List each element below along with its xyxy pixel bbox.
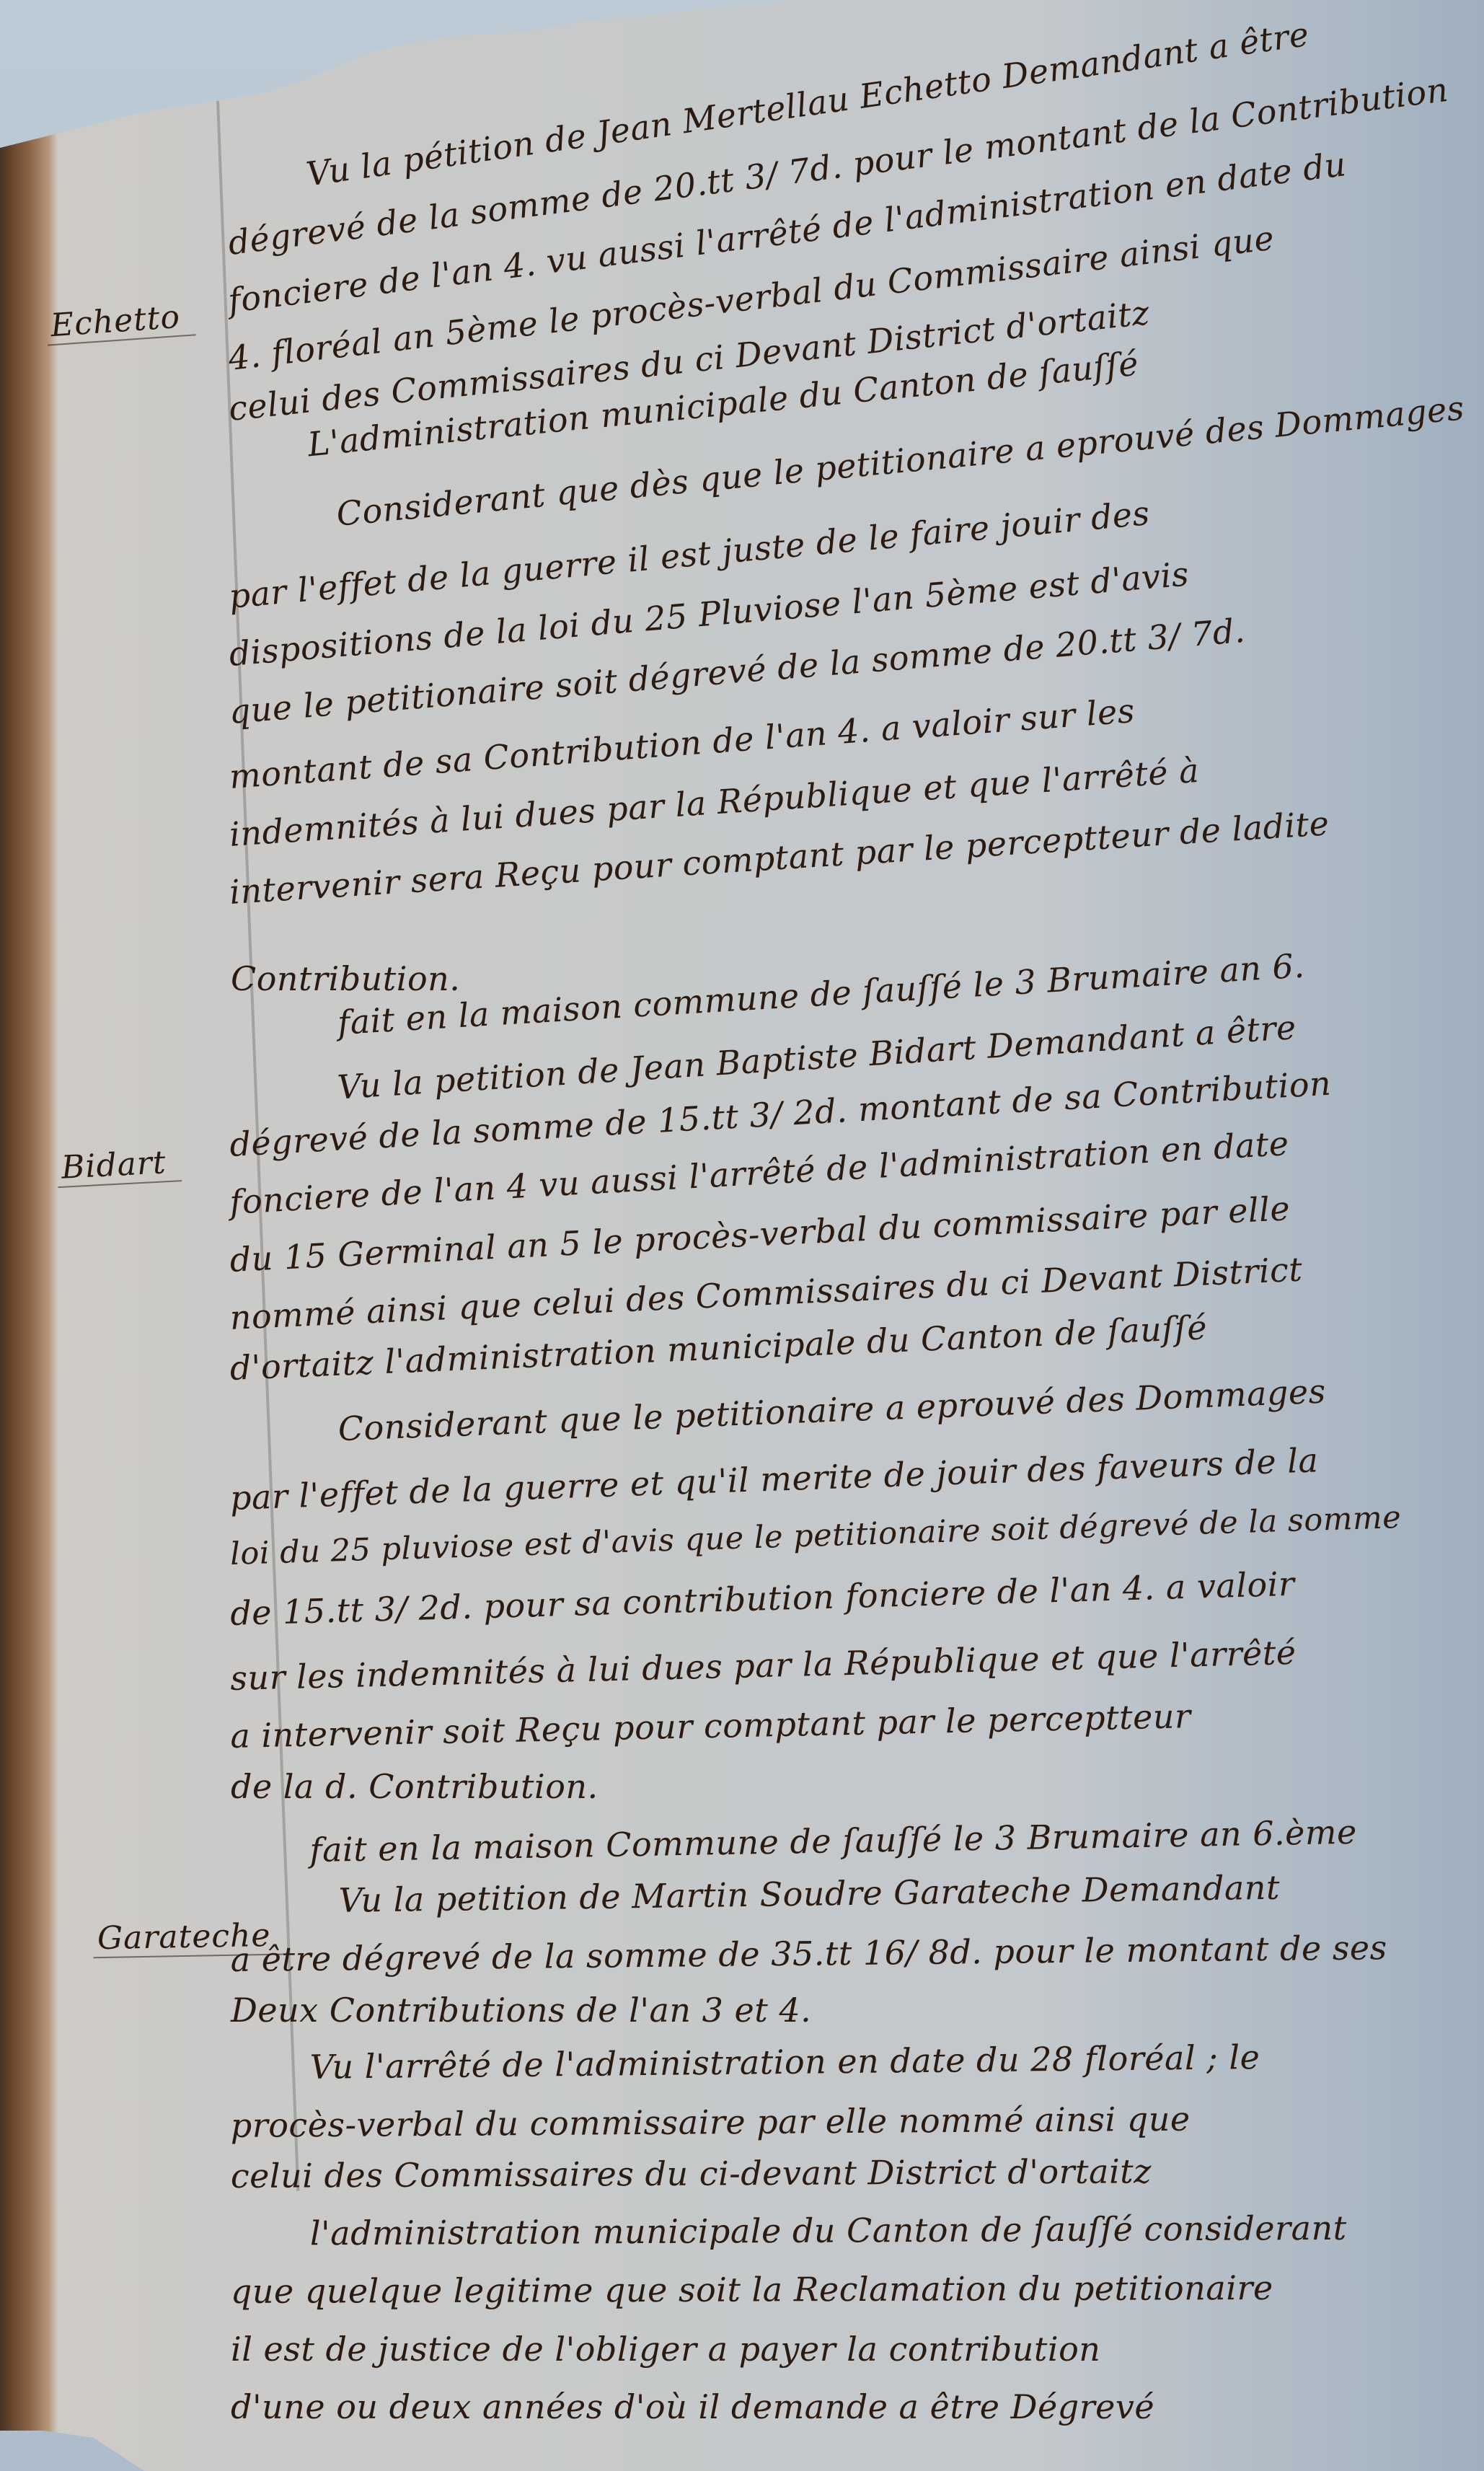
text-line: Considerant que le petitionaire a eprouv… [229, 1372, 1327, 1453]
text-line: Contribution. [231, 959, 460, 998]
text-line: celui des Commissaires du ci-devant Dist… [231, 2151, 1152, 2195]
text-line: a être dégrevé de la somme de 35.tt 16/ … [230, 1928, 1387, 1979]
margin-note-bidart: Bidart [61, 1144, 167, 1186]
text-line: l'administration municipale du Canton de… [231, 2208, 1347, 2253]
text-line: Vu l'arrêté de l'administration en date … [230, 2038, 1260, 2087]
text-line: il est de justice de l'obliger a payer l… [231, 2330, 1100, 2369]
text-line: de 15.tt 3/ 2d. pour sa contribution fon… [229, 1564, 1295, 1633]
text-line: fait en la maison Commune de ſauſſé le 3… [230, 1812, 1357, 1871]
text-line: d'une ou deux années d'où il demande a ê… [231, 2387, 1154, 2426]
text-line: de la d. Contribution. [231, 1767, 599, 1806]
binding-spine [0, 101, 58, 2471]
text-line: que quelque legitime que soit la Reclama… [231, 2268, 1273, 2311]
text-line: par l'effet de la guerre et qu'il merite… [229, 1440, 1319, 1518]
text-line: procès-verbal du commissaire par elle no… [231, 2100, 1191, 2145]
manuscript-page: Echetto Bidart Garateche Vu la pétition … [0, 0, 1484, 2471]
text-line: Deux Contributions de l'an 3 et 4. [231, 1991, 811, 2030]
text-line: a intervenir soit Reçu pour comptant par… [230, 1696, 1191, 1756]
margin-note-echetto: Echetto [49, 299, 181, 344]
text-line: sur les indemnités à lui dues par la Rép… [230, 1633, 1297, 1698]
text-line: Vu la petition de Martin Soudre Garatech… [230, 1868, 1280, 1921]
